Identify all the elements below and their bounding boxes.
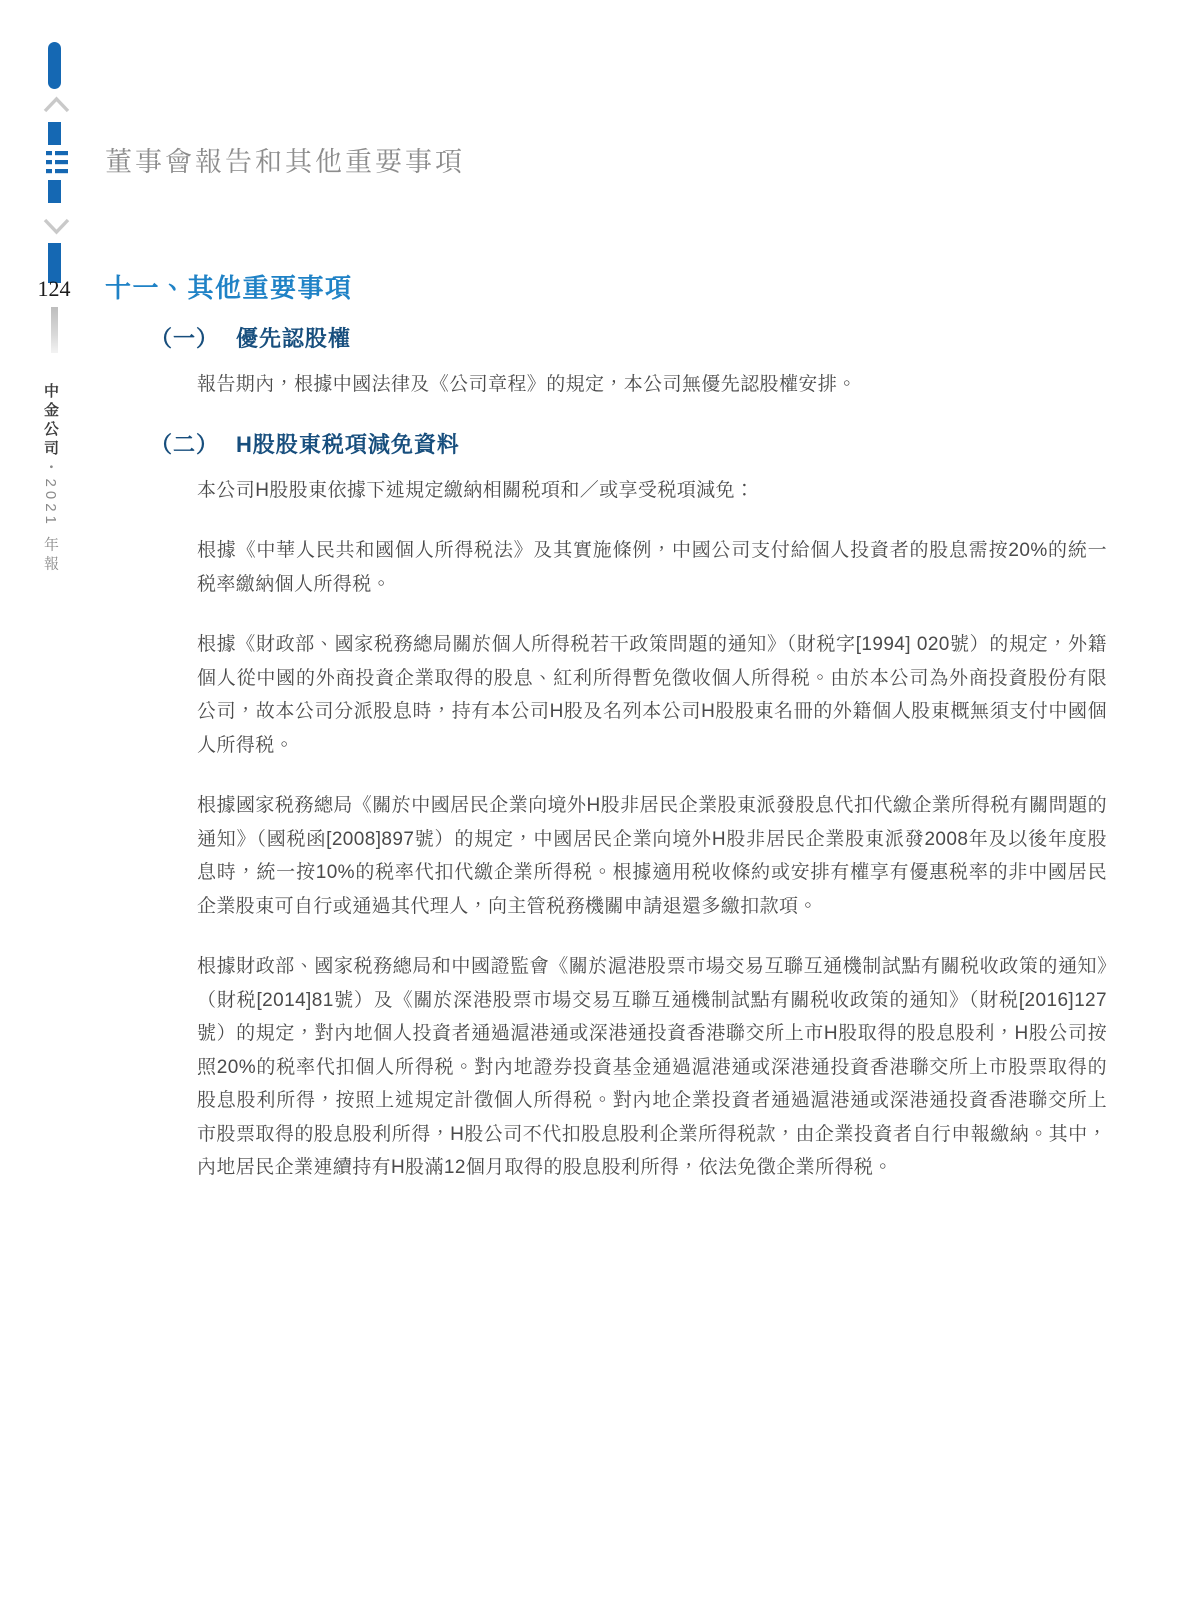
subsection-heading: （二） H股股東税項減免資料 (105, 429, 1107, 461)
subsection-number: （一） (150, 323, 219, 355)
report-year-label: 2021 年報 (42, 479, 59, 575)
decor-fade-bar (51, 307, 58, 353)
paragraph: 根據《中華人民共和國個人所得税法》及其實施條例，中國公司支付給個人投資者的股息需… (197, 534, 1107, 601)
decor-bar-small-bottom (48, 180, 61, 203)
subsection-heading: （一） 優先認股權 (105, 323, 1107, 355)
paragraph: 根據國家税務總局《關於中國居民企業向境外H股非居民企業股東派發股息代扣代繳企業所… (197, 789, 1107, 923)
company-name: 中金公司 (42, 383, 59, 459)
page-number: 124 (30, 276, 78, 302)
paragraph: 根據《財政部、國家税務總局關於個人所得税若干政策問題的通知》（財税字[1994]… (197, 628, 1107, 762)
subsection-body: 報告期內，根據中國法律及《公司章程》的規定，本公司無優先認股權安排。 (105, 368, 1107, 402)
subsection-title: H股股東税項減免資料 (236, 429, 460, 461)
bullet-separator: • (45, 465, 56, 473)
report-page: 124 中金公司•2021 年報 董事會報告和其他重要事項 十一、其他重要事項 … (0, 0, 1190, 1615)
table-of-contents-icon[interactable] (45, 150, 69, 174)
page-header-title: 董事會報告和其他重要事項 (105, 140, 465, 179)
decor-bar-top (48, 42, 61, 89)
edition-vertical-text: 中金公司•2021 年報 (40, 383, 61, 643)
main-content: 十一、其他重要事項 （一） 優先認股權 報告期內，根據中國法律及《公司章程》的規… (105, 270, 1107, 1212)
decor-bar-small-top (48, 122, 61, 145)
paragraph: 本公司H股股東依據下述規定繳納相關税項和／或享受税項減免： (197, 474, 1107, 508)
paragraph: 根據財政部、國家税務總局和中國證監會《關於滬港股票市場交易互聯互通機制試點有關税… (197, 950, 1107, 1185)
subsection-title: 優先認股權 (236, 323, 351, 355)
chevron-down-icon[interactable] (43, 216, 70, 236)
section-title: 十一、其他重要事項 (105, 270, 1107, 306)
chevron-up-icon[interactable] (43, 95, 70, 115)
subsection-number: （二） (150, 429, 219, 461)
subsection-preemptive-rights: （一） 優先認股權 報告期內，根據中國法律及《公司章程》的規定，本公司無優先認股… (105, 323, 1107, 402)
subsection-body: 本公司H股股東依據下述規定繳納相關税項和／或享受税項減免： 根據《中華人民共和國… (105, 474, 1107, 1185)
paragraph: 報告期內，根據中國法律及《公司章程》的規定，本公司無優先認股權安排。 (197, 368, 1107, 402)
subsection-h-share-tax-relief: （二） H股股東税項減免資料 本公司H股股東依據下述規定繳納相關税項和／或享受税… (105, 429, 1107, 1185)
